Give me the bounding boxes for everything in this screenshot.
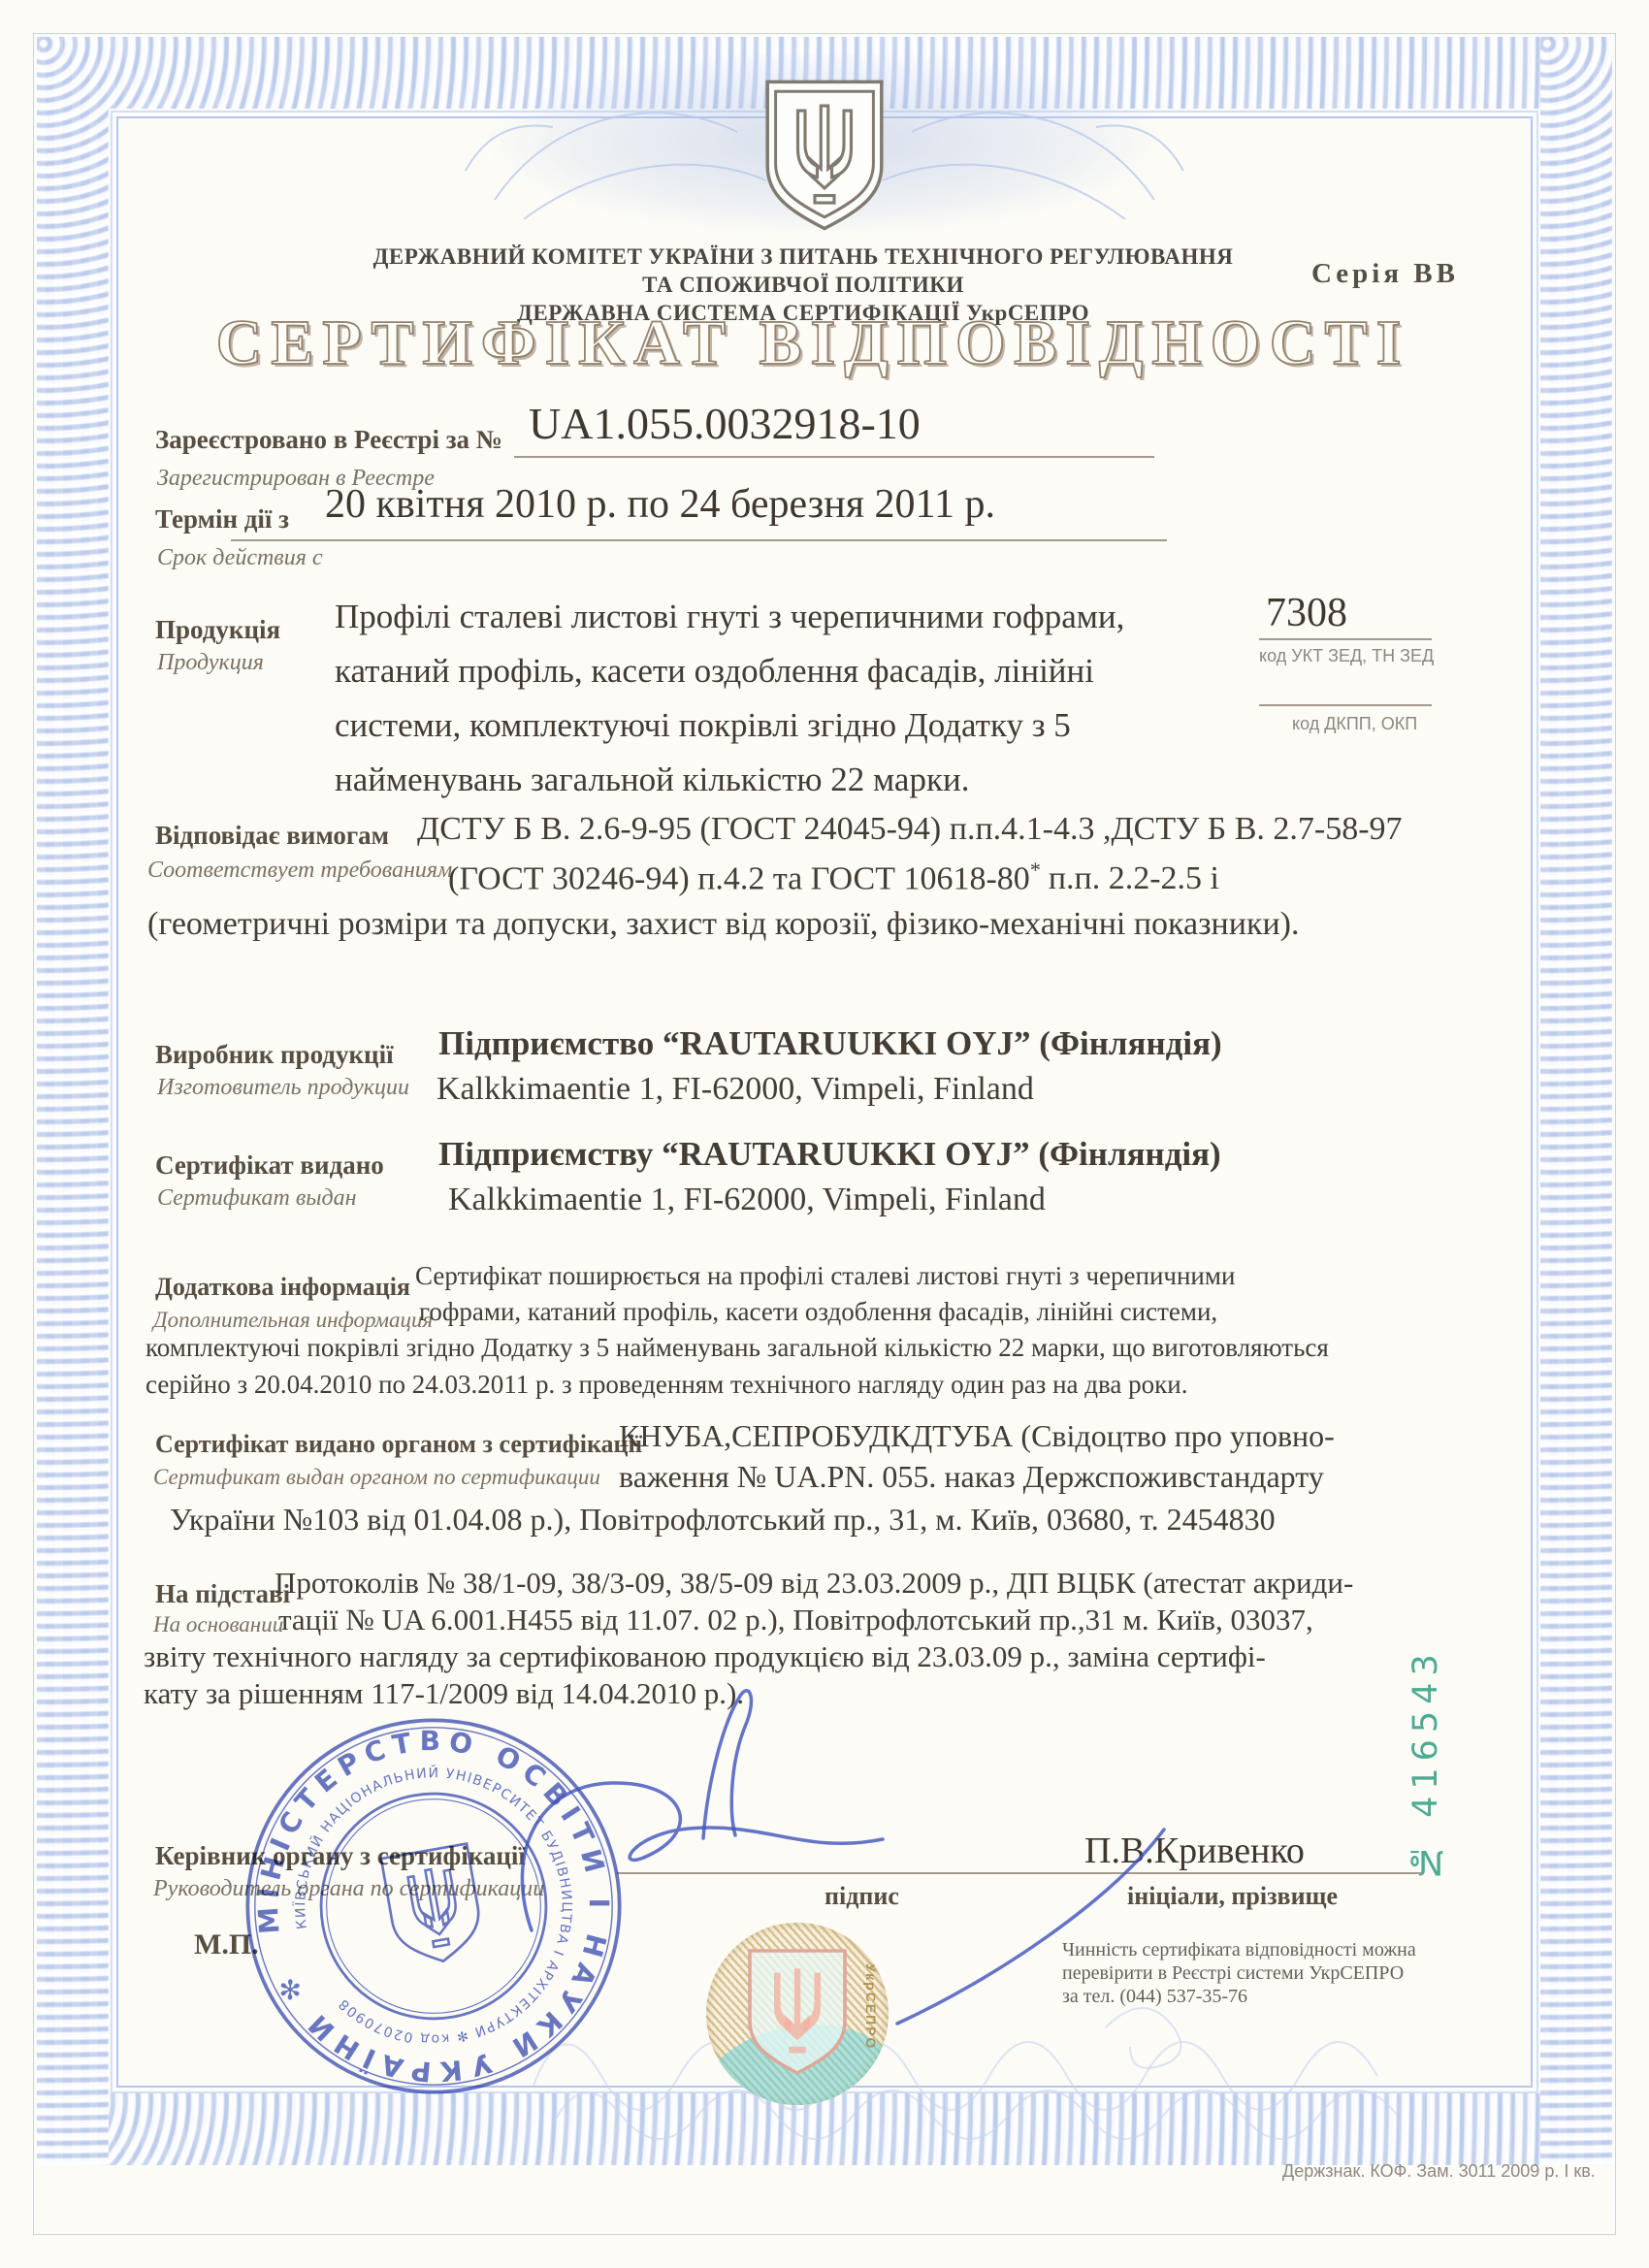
certificate-page: ДЕРЖАВНИЙ КОМІТЕТ УКРАЇНИ З ПИТАНЬ ТЕХНІ…: [0, 0, 1649, 2268]
ukraine-trident-emblem-icon: [745, 66, 904, 248]
product-line: Профілі сталеві листові гнуті з черепичн…: [335, 590, 1124, 644]
certificate-title: СЕРТИФІКАТ ВІДПОВІДНОСТІ: [0, 307, 1637, 380]
product-label-ru: Продукция: [157, 650, 264, 676]
cert-body-line: КНУБА,СЕПРОБУДКДТУБА (Свідоцтво про упов…: [619, 1418, 1335, 1454]
validity-label-ua: Термін дії з: [155, 504, 289, 535]
conformity-asterisk: *: [1030, 858, 1041, 882]
conformity-line1: ДСТУ Б В. 2.6-9-95 (ГОСТ 24045-94) п.п.4…: [417, 811, 1403, 848]
issued-to-label-ua: Сертифікат видано: [155, 1150, 384, 1181]
issued-to-address: Kalkkimaentie 1, FI-62000, Vimpeli, Finl…: [448, 1182, 1046, 1218]
product-label-ua: Продукція: [155, 615, 280, 645]
product-line: найменувань загальной кількістю 22 марки…: [335, 753, 1124, 807]
additional-info-line: гофрами, катаний профіль, касети оздобле…: [419, 1297, 1217, 1327]
ukt-code-caption: код УКТ ЗЕД, ТН ЗЕД: [1259, 646, 1434, 666]
registration-label-ua: Зареєстровано в Реєстрі за №: [155, 425, 502, 455]
additional-info-line: Сертифікат поширюється на профілі сталев…: [415, 1261, 1235, 1291]
additional-info-label-ua: Додаткова інформація: [155, 1273, 410, 1302]
cert-body-line: України №103 від 01.04.08 р.), Повітрофл…: [170, 1502, 1276, 1538]
conformity-label-ua: Відповідає вимогам: [155, 821, 389, 851]
dkpp-code-underline: [1259, 704, 1432, 706]
cert-body-label-ua: Сертифікат видано органом з сертифікації: [155, 1430, 642, 1459]
manufacturer-address: Kalkkimaentie 1, FI-62000, Vimpeli, Finl…: [436, 1071, 1034, 1108]
conformity-line2: (ГОСТ 30246-94) п.4.2 та ГОСТ 10618-80*п…: [448, 858, 1219, 897]
basis-label-ru: На основании: [153, 1612, 283, 1637]
conformity-line2-a: (ГОСТ 30246-94) п.4.2 та ГОСТ 10618-80: [448, 860, 1030, 896]
validity-dates: 20 квітня 2010 р. по 24 березня 2011 р.: [325, 481, 995, 528]
print-house-footer: Держзнак. КОФ. Зам. 3011 2009 р. І кв.: [1282, 2161, 1596, 2182]
cert-body-line: важення № UA.PN. 055. наказ Держспоживст…: [619, 1459, 1324, 1495]
dkpp-code-caption: код ДКПП, ОКП: [1292, 714, 1417, 734]
additional-info-line: комплектуючі покрівлі згідно Додатку з 5…: [145, 1333, 1329, 1363]
ukt-zed-code: 7308: [1266, 590, 1347, 636]
manufacturer-name: Підприємство “RAUTARUUKKI OYJ” (Фінлянді…: [438, 1024, 1222, 1063]
handwritten-signature: [485, 1630, 1261, 2057]
basis-label-ua: На підставі: [155, 1579, 290, 1609]
blank-serial-number: № 416543: [1406, 1653, 1445, 1881]
basis-line: Протоколів № 38/1-09, 38/3-09, 38/5-09 в…: [275, 1566, 1353, 1601]
cert-body-label-ru: Сертификат выдан органом по сертификации: [153, 1465, 600, 1490]
validity-underline: [231, 539, 1167, 541]
validity-label-ru: Срок действия с: [157, 545, 323, 571]
product-description: Профілі сталеві листові гнуті з черепичн…: [335, 590, 1124, 807]
product-line: системи, комплектуючі покрівлі згідно До…: [335, 698, 1124, 753]
issued-to-name: Підприємству “RAUTARUUKKI OYJ” (Фінлянді…: [438, 1135, 1221, 1174]
ukt-code-underline: [1259, 638, 1432, 640]
conformity-line2-b: п.п. 2.2-2.5 і: [1049, 860, 1219, 896]
issued-to-label-ru: Сертификат выдан: [157, 1185, 357, 1212]
product-line: катаний профіль, касети оздоблення фасад…: [335, 644, 1124, 698]
registration-underline: [514, 456, 1154, 458]
manufacturer-label-ua: Виробник продукції: [155, 1040, 394, 1070]
conformity-label-ru: Соответствует требованиям: [147, 858, 452, 884]
series-label: Серія ВВ: [1311, 258, 1459, 290]
additional-info-label-ru: Дополнительная информация: [153, 1308, 433, 1333]
registration-number: UA1.055.0032918-10: [529, 398, 921, 449]
conformity-line3: (геометричні розміри та допуски, захист …: [147, 906, 1299, 943]
additional-info-line: серійно з 20.04.2010 по 24.03.2011 р. з …: [145, 1370, 1187, 1400]
manufacturer-label-ru: Изготовитель продукции: [157, 1075, 409, 1101]
